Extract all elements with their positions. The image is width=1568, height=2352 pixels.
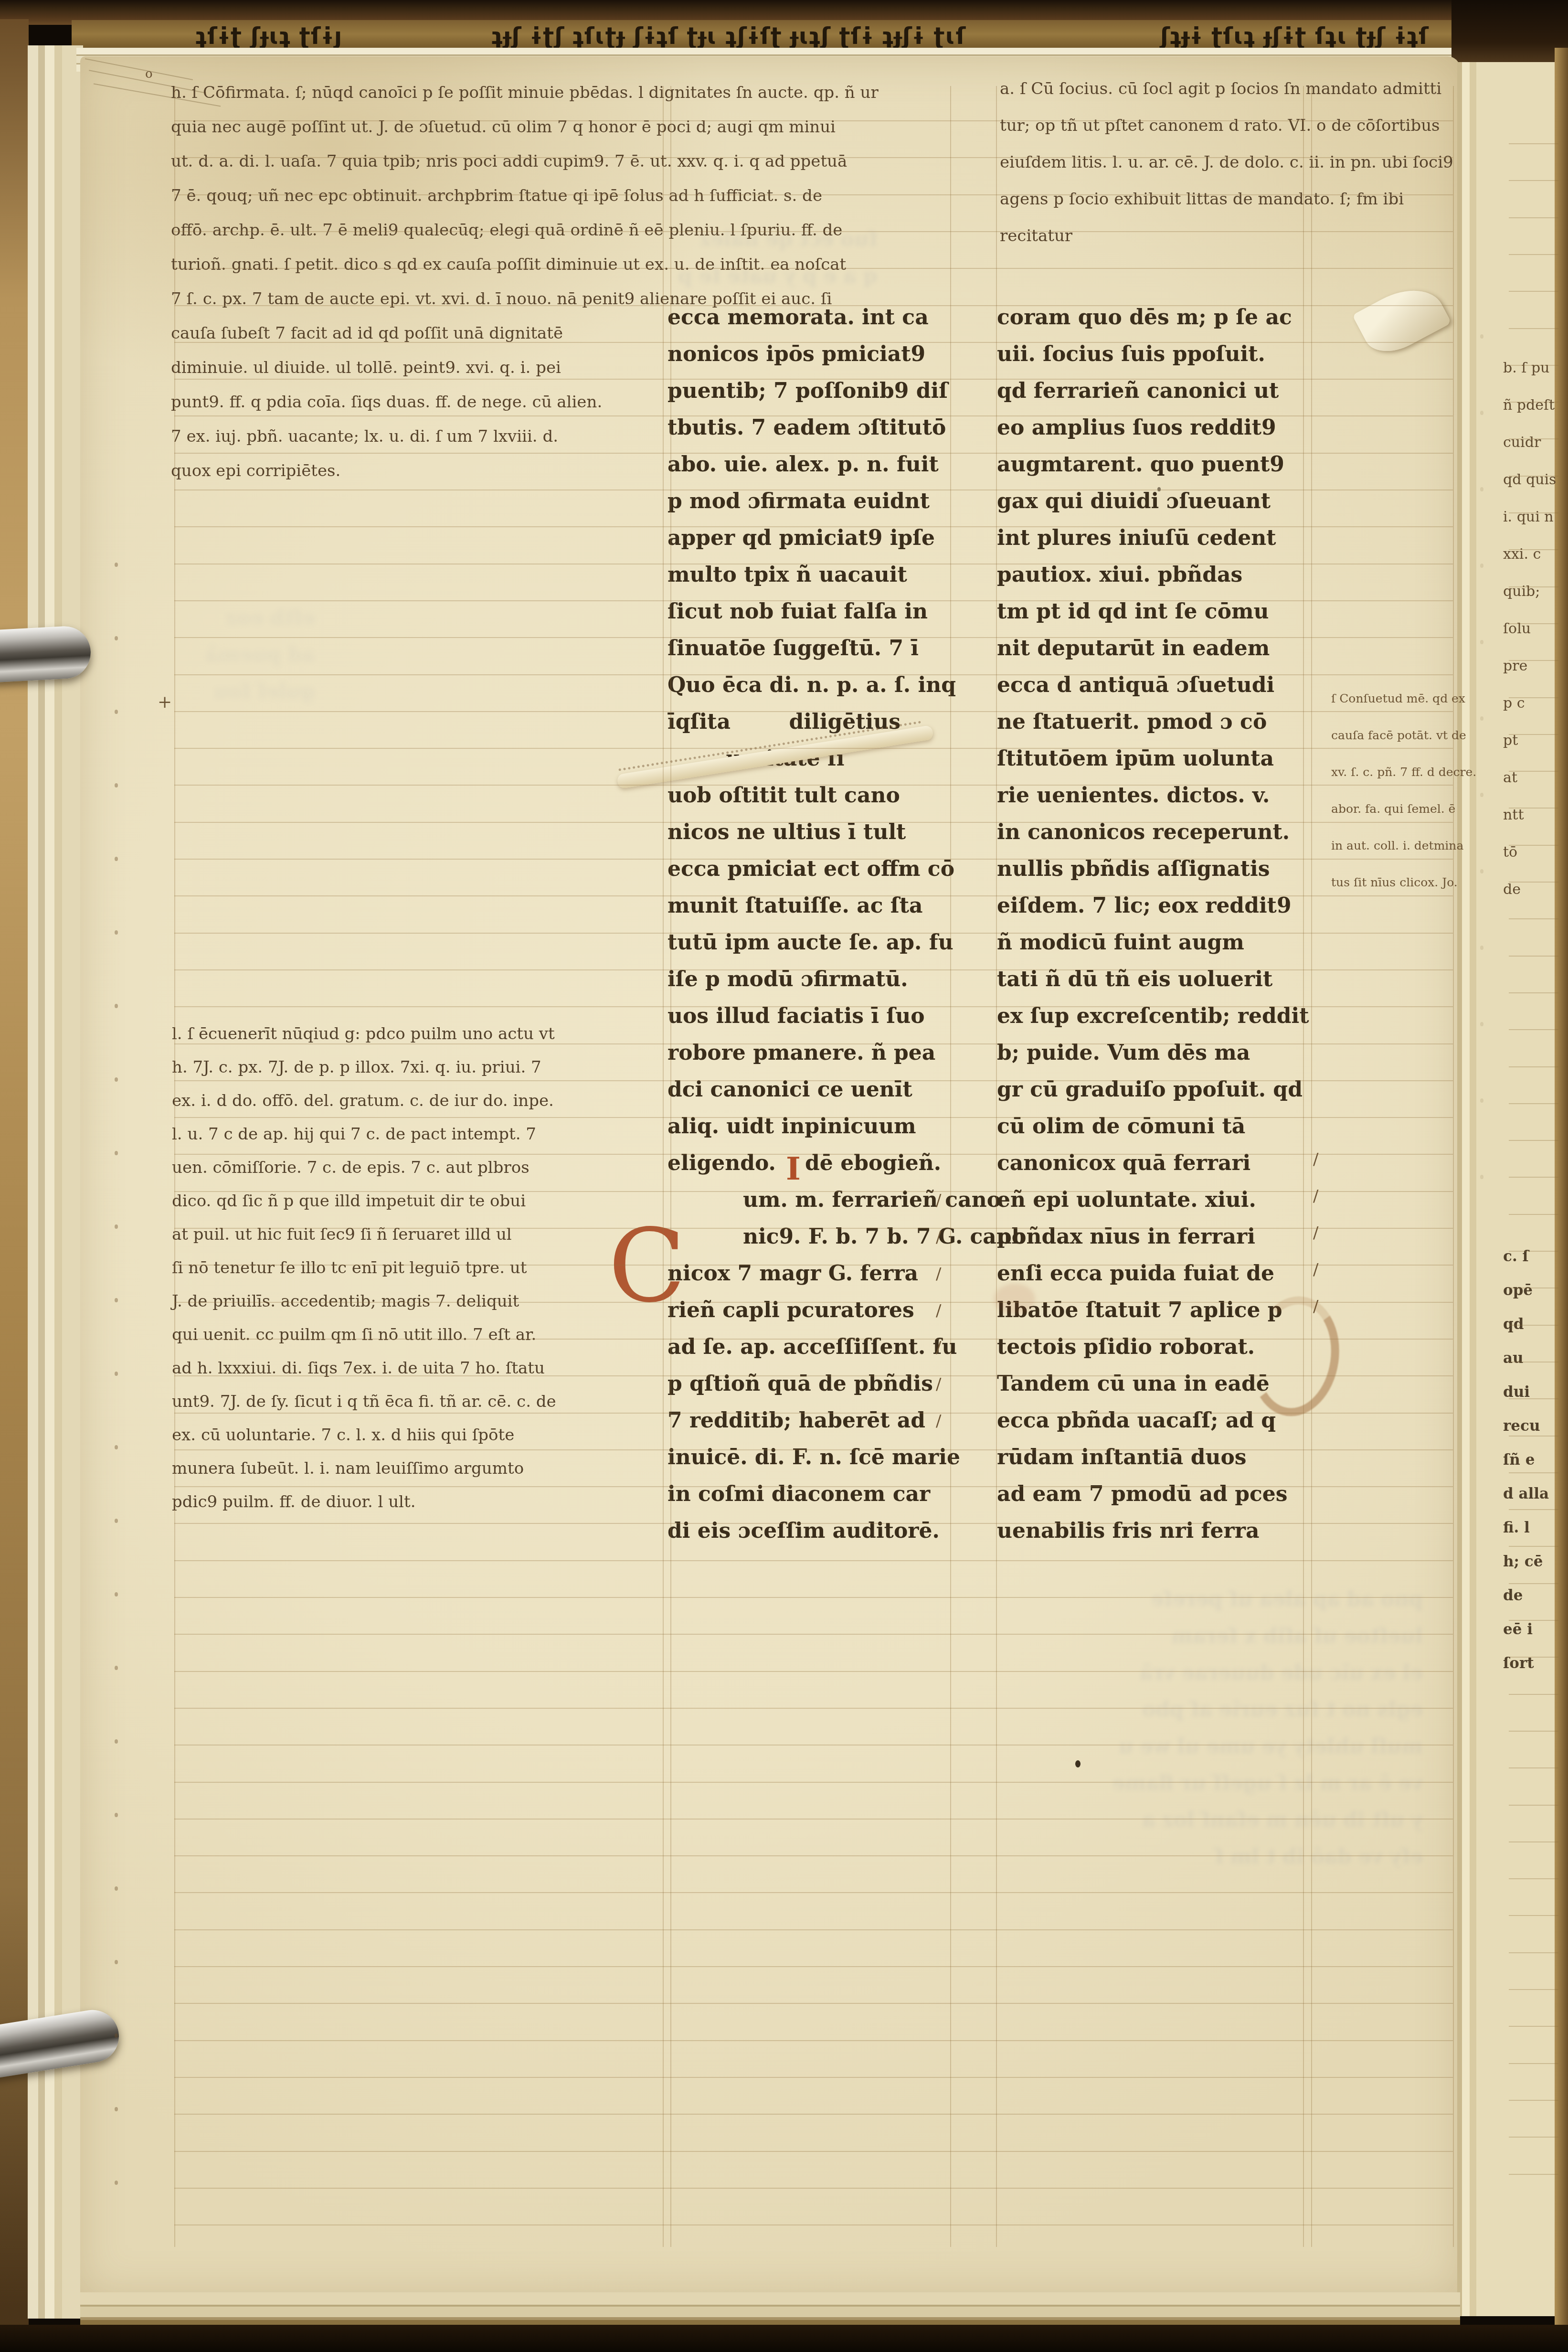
next-page-ruling-stub [1509, 882, 1558, 883]
metal-page-clasp-upper [0, 625, 92, 683]
ruling-line-horizontal [174, 1449, 1453, 1450]
manuscript-line: unt9. 7J. de ſy. ſicut i q tñ ēca fi. tñ… [172, 1385, 556, 1418]
next-page-ruling-stub [1509, 1066, 1558, 1067]
pricking-dot [1480, 640, 1483, 644]
pricking-dot [1480, 487, 1483, 491]
next-page-ruling-stub [1509, 808, 1558, 809]
ruling-line-horizontal [174, 859, 1453, 860]
manuscript-line: eo amplius ſuos reddit9 [997, 409, 1309, 446]
manuscript-line: xxi. c [1503, 536, 1556, 573]
manuscript-line: dico. qd ſic ñ p que illd impetuit dir t… [172, 1184, 556, 1218]
manuscript-line: qd quis [1503, 461, 1556, 499]
manuscript-line: recitatur [1000, 218, 1453, 255]
manuscript-line: fi. l [1503, 1511, 1549, 1545]
next-page-ruling-stub [1509, 1878, 1558, 1879]
manuscript-line: di eis ɔceſſim auditorē. [667, 1512, 1026, 1549]
manuscript-line: tō [1503, 834, 1556, 871]
manuscript-line: qd ferrarieñ canonici ut [997, 372, 1309, 409]
manuscript-line: / [936, 1403, 941, 1440]
manuscript-line: b. ſ pu [1503, 350, 1556, 387]
pricking-dot [115, 636, 118, 640]
manuscript-line: ve ē ar m lz ſ ugeſſ ur flame [1003, 1765, 1423, 1801]
manuscript-line: p mod ɔfirmata euidnt [667, 483, 1026, 520]
next-page-ruling-stub [1509, 1103, 1558, 1104]
ruling-line-horizontal [174, 674, 1453, 675]
ruling-line-horizontal [174, 1302, 1453, 1303]
manuscript-line: ecca pmiciat ect offm cō [667, 851, 1026, 887]
manuscript-line: multo tpix ñ uacauit [667, 556, 1026, 593]
pricking-dot [1480, 564, 1483, 568]
pricking-dot [115, 2033, 118, 2038]
next-page-ruling-stub [1509, 512, 1558, 513]
pricking-dot [115, 1813, 118, 1817]
ruling-line-vertical [174, 86, 175, 2247]
next-page-ruling-stub [1509, 2026, 1558, 2027]
next-page-ruling-stub [1509, 476, 1558, 477]
binding-waste-fragment-strip: ʇſɨʈ ʃɟɩʇ ʈſɨȷ ʇɟʃ ɨʈʃ ʇſɩʈɟ ʃɨʇſ ʈɟɩ ʇʃ… [72, 20, 1485, 52]
pricking-dot [115, 1004, 118, 1008]
manuscript-line: ecca pbñda uacaſſ; ad q [997, 1402, 1309, 1439]
ruling-line-horizontal [174, 1782, 1453, 1783]
ruling-line-horizontal [174, 305, 1453, 306]
manuscript-line: puentib; 7 poſſonib9 diſ [667, 372, 1026, 409]
ruling-line-horizontal [174, 637, 1453, 638]
next-page-ruling-stub [1509, 1472, 1558, 1473]
manuscript-line: agens p ſocio exhibuit littas de mandato… [1000, 181, 1453, 218]
next-page-ruling-stub [1509, 1325, 1558, 1326]
ruling-line-horizontal [174, 1745, 1453, 1745]
line-filler-marks-col2: /////// [936, 1182, 941, 1440]
next-page-ruling-stub [1509, 1694, 1558, 1695]
ruling-line-horizontal [174, 748, 1453, 749]
next-page-ruling-stub [1509, 1767, 1558, 1768]
manuscript-line: dui [1503, 1375, 1549, 1409]
pricking-dot [1480, 946, 1483, 950]
next-page-ruling-stub [1509, 1362, 1558, 1362]
manuscript-line: ſort [1503, 1647, 1549, 1681]
ruling-line-horizontal [174, 1486, 1453, 1487]
manuscript-line: quia nec augē poſſint ut. J. de ɔſuetud.… [171, 110, 879, 144]
next-page-ruling-stub [1509, 771, 1558, 772]
ruling-line-horizontal [174, 2040, 1453, 2041]
manuscript-line: in canonicos receperunt. [997, 814, 1309, 851]
manuscript-line: uii. ſocius ſuis ppoſuit. [997, 336, 1309, 372]
manuscript-line: ad eam 7 pmodū ad pces [997, 1476, 1309, 1512]
manuscript-line: eñ epi uoluntate. xiui. [997, 1181, 1309, 1218]
pricking-dot [1480, 1098, 1483, 1103]
next-page-ruling-stub [1509, 1805, 1558, 1806]
manuscript-line: cū olim de cōmuni tā [997, 1108, 1309, 1145]
ruling-line-horizontal [174, 2188, 1453, 2189]
manuscript-line: int plures iniuſū cedent [997, 520, 1309, 556]
manuscript-line: / [1313, 1252, 1318, 1288]
manuscript-line: eſtb eoz [205, 599, 315, 636]
next-page-ruling-stub [1509, 1509, 1558, 1510]
manuscript-line: ex ſup excreſcentib; reddit [997, 998, 1309, 1034]
manuscript-line: pt [1503, 722, 1556, 759]
next-page-ruling-stub [1509, 1989, 1558, 1990]
manuscript-line: ecca d antiquā ɔſuetudi [997, 667, 1309, 703]
manuscript-line: munera ſubeūt. l. i. nam leuiſſimo argum… [172, 1452, 556, 1485]
manuscript-line: nit deputarūt in eadem [997, 630, 1309, 667]
pricking-dot [1480, 716, 1483, 721]
manuscript-line: h; cē [1503, 1545, 1549, 1579]
ruling-line-horizontal [174, 933, 1453, 934]
ruling-line-vertical [663, 86, 664, 2247]
pricking-dot [115, 783, 118, 788]
ruling-line-horizontal [174, 1043, 1453, 1044]
line-filler-marks-col3: ///// [1313, 1141, 1318, 1325]
manuscript-line: uenabilis fris nri ferra [997, 1512, 1309, 1549]
ruling-line-horizontal [174, 1413, 1453, 1414]
manuscript-line: pdic9 puilm. ff. de diuor. l ult. [172, 1485, 556, 1519]
ruling-line-horizontal [174, 1892, 1453, 1893]
show-through-ghost-text: eſtb eozad puemāguleſ ſou [205, 599, 315, 710]
manuscript-line: l. ſ ēcuenerīt nūqiud g: pdco puilm uno … [172, 1017, 556, 1051]
manuscript-line: cuidr [1503, 424, 1556, 461]
next-page-ruling-stub [1509, 734, 1558, 735]
next-page-ruling-stub [1509, 1288, 1558, 1288]
next-page-ruling-stub [1509, 1657, 1558, 1658]
manuscript-line: lueſtoe uſ aſib x ſeram [1003, 1618, 1423, 1654]
ruling-line-vertical [996, 86, 997, 2247]
manuscript-line: ex. i. d do. offō. del. gratum. c. de iu… [172, 1084, 556, 1117]
next-page-ruling-stub [1509, 845, 1558, 846]
manuscript-line: pno ad ap alea uſ pereſe [1003, 1581, 1423, 1618]
next-page-ruling-stub [1509, 992, 1558, 993]
manuscript-line: tati ñ dū tñ eis uoluerit [997, 961, 1309, 998]
fragment-text: ʇɟʃ ɨʈʃ ʇſɩʈɟ ʃɨʇſ ʈɟɩ ʇʃɨſʈ ɟɩʇʃ ʈſɨ ʇɟ… [492, 23, 966, 50]
manuscript-line: ad puemā [205, 636, 315, 673]
manuscript-line: 7 ē. qouq; uñ nec epc obtinuit. archpbri… [171, 179, 879, 213]
next-page-ruling-stub [1509, 1915, 1558, 1916]
next-page-ruling-stub [1509, 697, 1558, 698]
next-page-ruling-stub [1509, 623, 1558, 624]
pricking-dot [115, 1739, 118, 1744]
page-edge-stack-left [28, 45, 83, 2319]
ruling-line-horizontal [174, 1339, 1453, 1340]
manuscript-line: ſtitutōem ipūm uolunta [997, 740, 1309, 777]
manuscript-line: offō. archp. ē. ult. 7 ē meli9 qualecūq;… [171, 213, 879, 247]
manuscript-line: pbñdax nīus in ferrari [997, 1218, 1309, 1255]
manuscript-line: c. ſ [1503, 1240, 1549, 1274]
manuscript-line: p qſtioñ quā de pbñdis [667, 1365, 1026, 1402]
manuscript-line: de [1503, 871, 1556, 908]
next-page-ruling-stub [1509, 1731, 1558, 1732]
ruling-line-vertical [670, 86, 671, 2247]
next-page-ruling-stub [1509, 1841, 1558, 1842]
next-page-ruling-stub [1509, 2137, 1558, 2138]
manuscript-line: / [936, 1330, 941, 1366]
ruling-line-horizontal [174, 1006, 1453, 1007]
manuscript-line: ad h. lxxxiui. di. ſiqs 7ex. i. de uita … [172, 1352, 556, 1385]
ruling-line-horizontal [174, 1634, 1453, 1635]
pricking-dot [115, 1445, 118, 1449]
manuscript-line: ñ pdeſt [1503, 387, 1556, 424]
next-page-ruling-stub [1509, 1546, 1558, 1547]
ruling-line-vertical [1453, 86, 1454, 2247]
pricking-dot [115, 2181, 118, 2185]
next-page-ruling-stub [1509, 1177, 1558, 1178]
next-page-ruling-stub [1509, 180, 1558, 181]
next-page-ruling-stub [1509, 549, 1558, 550]
manuscript-line: aliq. uidt inpinicuum [667, 1108, 1026, 1145]
next-page-ruling-stub [1509, 1029, 1558, 1030]
next-page-ruling-stub [1509, 143, 1558, 144]
binding-top-right-corner [1451, 0, 1568, 72]
pricking-dot [1480, 793, 1483, 797]
ruling-line-horizontal [174, 2003, 1453, 2004]
manuscript-line: uen. cōmiſſorie. 7 c. de epis. 7 c. aut … [172, 1151, 556, 1184]
manuscript-line: abo. uie. alex. p. n. fuit [667, 446, 1026, 483]
manuscript-line: augmtarent. quo puent9 [997, 446, 1309, 483]
manuscript-line: tm pt id qd int ſe cōmu [997, 593, 1309, 630]
manuscript-line: eſy ve daō ib t lm ſ [1003, 1838, 1423, 1875]
pricking-dot [115, 1372, 118, 1376]
manuscript-line: / [1313, 1141, 1318, 1178]
ruling-line-horizontal [174, 1708, 1453, 1709]
manuscript-line: nicos ne ultius ī tult [667, 814, 1026, 851]
ruling-line-horizontal [174, 1154, 1453, 1155]
ruling-line-horizontal [174, 711, 1453, 712]
fragment-text: ʃʇɟɨ ʈſɩʇ ɟʃɨʈ ſʇɩ ʈɟʃ ɨʇſ [1160, 23, 1429, 50]
ruling-line-horizontal [174, 1375, 1453, 1376]
ruling-line-horizontal [174, 342, 1453, 343]
main-text-column-left: ecca memorata. int canonicos ipōs pmicia… [667, 299, 1026, 1549]
pricking-dot [115, 857, 118, 861]
ruling-line-horizontal [174, 194, 1453, 195]
manuscript-line: ſi nō tenetur ſe illo tc enī pit leguiō … [172, 1251, 556, 1285]
gloss-block-middle-left: l. ſ ēcuenerīt nūqiud g: pdco puilm uno … [172, 1017, 556, 1519]
manuscript-line: / [936, 1219, 941, 1256]
pricking-dot [115, 1960, 118, 1964]
manuscript-line: tur; op tñ ut pſtet canonem d rato. VI. … [1000, 107, 1453, 144]
manuscript-line: eiſdem. 7 lic; eox reddit9 [997, 887, 1309, 924]
pricking-dot [115, 930, 118, 935]
manuscript-line: p c [1503, 685, 1556, 722]
manuscript-line: canonicox quā ferrari [997, 1145, 1309, 1181]
manuscript-line: / [936, 1256, 941, 1293]
margin-pen-mark: + [158, 692, 172, 712]
manuscript-line: eligendo. dē ebogieñ. [667, 1145, 1026, 1181]
ruling-line-horizontal [174, 415, 1453, 416]
manuscript-line: h. 7J. c. px. 7J. de p. p illox. 7xi. q.… [172, 1051, 556, 1084]
manuscript-line: tbutis. 7 eadem ɔſtitutō [667, 409, 1026, 446]
manuscript-line: pautiox. xiui. pbñdas [997, 556, 1309, 593]
next-page-ruling-stub [1509, 217, 1558, 218]
next-page-ruling-stub [1509, 2100, 1558, 2101]
next-page-ruling-stub [1509, 1620, 1558, 1621]
ruling-line-vertical [1303, 86, 1304, 2247]
pricking-dot [115, 1666, 118, 1670]
manuscript-line: guleſ ſou [205, 673, 315, 710]
ruling-line-horizontal [174, 600, 1453, 601]
manuscript-line: egls no t ſuz eurīe aſ pbo [1003, 1691, 1423, 1728]
pricking-dot [115, 563, 118, 567]
pricking-dot [1480, 411, 1483, 415]
pricking-dot [1480, 869, 1483, 873]
ruling-line-horizontal [174, 2114, 1453, 2115]
ruling-line-horizontal [174, 2224, 1453, 2225]
manuscript-line: ut. d. a. di. l. uaſa. 7 quia tpib; nris… [171, 144, 879, 179]
ruling-line-horizontal [174, 969, 1453, 970]
manuscript-line: nullis pbñdis aſſignatis [997, 851, 1309, 887]
manuscript-line: ex. cū uoluntarie. 7 c. l. x. d hiis qui… [172, 1418, 556, 1452]
corner-mark-o: o [145, 67, 153, 81]
manuscript-line: / [936, 1182, 941, 1219]
next-page-ruling-stub [1509, 586, 1558, 587]
pricking-dot [115, 1151, 118, 1155]
manuscript-line: ſicut nob fuiat falſa in [667, 593, 1026, 630]
ruling-line-horizontal [174, 1819, 1453, 1820]
manuscript-line: gax qui diuidi ɔſueuant [997, 483, 1309, 520]
next-page-ruling-stub [1509, 1952, 1558, 1953]
next-page-text-fragments-upper: b. ſ puñ pdeſtcuidrqd quisi. qui nxxi. c… [1503, 350, 1556, 908]
next-page-ruling-stub [1509, 254, 1558, 255]
next-page-ruling-stub [1509, 1436, 1558, 1437]
ruling-line-horizontal [174, 1671, 1453, 1672]
manuscript-line: ſinuatōe ſuggeſtū. 7 ī [667, 630, 1026, 667]
next-page-ruling-stub [1509, 1398, 1558, 1399]
ruling-line-horizontal [174, 1597, 1453, 1598]
manuscript-line: ne ſtatuerit. pmod ɔ cō [997, 703, 1309, 740]
fragment-text: ʇſɨʈ ʃɟɩʇ ʈſɨȷ [196, 23, 342, 50]
next-page-ruling-stub [1509, 1583, 1558, 1584]
ruling-line-horizontal [174, 1560, 1453, 1561]
book-left-suede-edge [0, 19, 29, 2352]
ruling-line-horizontal [174, 1228, 1453, 1229]
manuscript-line: inuicē. di. F. n. ſcē marie [667, 1439, 1026, 1476]
ruling-line-vertical [950, 86, 951, 2247]
manuscript-line: 7 redditib; haberēt ad [667, 1402, 1026, 1439]
next-page-ruling-stub [1509, 1140, 1558, 1141]
next-page-ruling-stub [1509, 402, 1558, 403]
manuscript-line: eē i [1503, 1613, 1549, 1647]
pricking-dot [1480, 1175, 1483, 1179]
binding-bottom-dark [0, 2325, 1568, 2352]
ruling-line-horizontal [174, 1080, 1453, 1081]
manuscript-line: a. ſ Cū ſocius. cū ſocl agit p ſocios ſn… [1000, 71, 1453, 107]
marginal-note-right: ſ Conſuetud mē. qd excauſa facē potāt. v… [1331, 680, 1476, 901]
manuscript-line: rieñ capli pcuratores [667, 1292, 1026, 1329]
ruling-line-horizontal [174, 453, 1453, 454]
ruling-line-horizontal [174, 2151, 1453, 2152]
manuscript-line: in coſmi diaconem car [667, 1476, 1026, 1512]
next-page-ruling-stub [1509, 660, 1558, 661]
rubricated-paragraph-I: I [786, 1150, 801, 1187]
rubricated-initial-C: C [608, 1216, 686, 1316]
pricking-dot [115, 710, 118, 714]
manuscript-line: tutū ipm aucte ſe. ap. fu [667, 924, 1026, 961]
ruling-line-horizontal [174, 1117, 1453, 1118]
ruling-line-horizontal [174, 1855, 1453, 1856]
manuscript-line: y uſt ib uēn m eſanſ loz a [1003, 1801, 1423, 1838]
next-page-ruling-stub [1509, 2063, 1558, 2064]
manuscript-line: dci canonici ce uenīt [667, 1071, 1026, 1108]
manuscript-line: uob oſtitit tult cano [667, 777, 1026, 814]
ruling-line-horizontal [174, 268, 1453, 269]
manuscript-line: enſi ecca puida fuiat de [997, 1255, 1309, 1292]
pricking-dot [115, 1519, 118, 1523]
manuscript-line: i. qui n [1503, 499, 1556, 536]
manuscript-line: apper qd pmiciat9 ipſe [667, 520, 1026, 556]
next-page-text-fragments-lower: c. ſopēqdauduirecuſñ ed allafi. lh; cēde… [1503, 1240, 1549, 1681]
ruling-line-horizontal [174, 1523, 1453, 1524]
next-page-ruling-stub [1509, 291, 1558, 292]
manuscript-line: recu [1503, 1409, 1549, 1443]
ruling-line-vertical [1311, 86, 1312, 2247]
ruling-line-horizontal [174, 231, 1453, 232]
manuscript-line: at puil. ut hic fuit ſec9 ſi ñ ſeruaret … [172, 1218, 556, 1251]
next-page-ruling-stub [1509, 438, 1558, 439]
manuscript-line: / [936, 1366, 941, 1403]
ruling-line-horizontal [174, 379, 1453, 380]
manuscript-line: nonicos ipōs pmiciat9 [667, 336, 1026, 372]
manuscript-line: rie uenientes. dictos. v. [997, 777, 1309, 814]
manuscript-line: opē [1503, 1274, 1549, 1308]
ruling-line-horizontal [174, 1191, 1453, 1192]
ruling-line-horizontal [174, 120, 1453, 121]
manuscript-line: iſe p modū ɔfirmatū. [667, 961, 1026, 998]
ruling-line-horizontal [174, 785, 1453, 786]
pricking-dot [115, 1077, 118, 1082]
ruling-line-horizontal [174, 1929, 1453, 1930]
manuscript-line: muſl uhlety ye ume ul we u [1003, 1728, 1423, 1765]
manuscript-line: turioñ. gnati. ſ petit. dico s qd ex cau… [171, 247, 879, 282]
manuscript-line: / [1313, 1215, 1318, 1252]
pricking-dot [115, 1298, 118, 1302]
manuscript-line: rūdam inſtantiā duos [997, 1439, 1309, 1476]
ruling-line-horizontal [174, 2077, 1453, 2078]
manuscript-line: uos illud faciatis ī ſuo [667, 998, 1026, 1034]
manuscript-line: ntt [1503, 797, 1556, 834]
ruling-line-horizontal [174, 822, 1453, 823]
show-through-ghost-text: pno ad ap alea uſ pereſelueſtoe uſ aſib … [1003, 1581, 1423, 1875]
next-page-ruling-stub [1509, 1214, 1558, 1215]
ruling-line-horizontal [174, 1265, 1453, 1266]
manuscript-line: munit ſtatuiſſe. ac ſta [667, 887, 1026, 924]
next-page-ruling-stub [1509, 328, 1558, 329]
pricking-dot [115, 2107, 118, 2111]
gloss-block-top-right: a. ſ Cū ſocius. cū ſocl agit p ſocios ſn… [1000, 71, 1453, 255]
manuscript-line: h. ſ Cōfirmata. ſ; nūqd canoīci p ſe poſ… [171, 75, 879, 110]
manuscript-line: at [1503, 759, 1556, 797]
pricking-dot [115, 1886, 118, 1891]
manuscript-line: / [936, 1293, 941, 1330]
manuscript-line: d alla [1503, 1477, 1549, 1511]
pricking-dot [1480, 334, 1483, 339]
ink-fleck [1075, 1760, 1081, 1767]
ruling-line-horizontal [174, 157, 1453, 158]
pricking-dot [1480, 1022, 1483, 1026]
ruling-line-horizontal [174, 490, 1453, 490]
faded-red-smudge [994, 1284, 1035, 1314]
next-page-ruling-stub [1509, 365, 1558, 366]
manuscript-line: robore pmanere. ñ pea [667, 1034, 1026, 1071]
manuscript-line: nic9. F. b. 7 b. 7 G. cano [667, 1218, 1026, 1255]
manuscript-line: l. u. 7 c de ap. hij qui 7 c. de pact in… [172, 1117, 556, 1151]
manuscript-line: quib; [1503, 573, 1556, 610]
manuscript-line: nicox 7 magr G. ferra [667, 1255, 1026, 1292]
ruling-line-horizontal [174, 1966, 1453, 1967]
next-page-ruling-stub [1509, 956, 1558, 957]
ruling-line-horizontal [174, 895, 1453, 896]
manuscript-line: / [1313, 1178, 1318, 1215]
manuscript-line: ñ modicū fuint augm [997, 924, 1309, 961]
manuscript-line: b; puide. Vum dēs ma [997, 1034, 1309, 1071]
manuscript-line: ad ſe. ap. acceſſiſſent. ſu [667, 1329, 1026, 1365]
manuscript-line: qui uenit. cc puilm qm ſi nō utit illo. … [172, 1318, 556, 1352]
